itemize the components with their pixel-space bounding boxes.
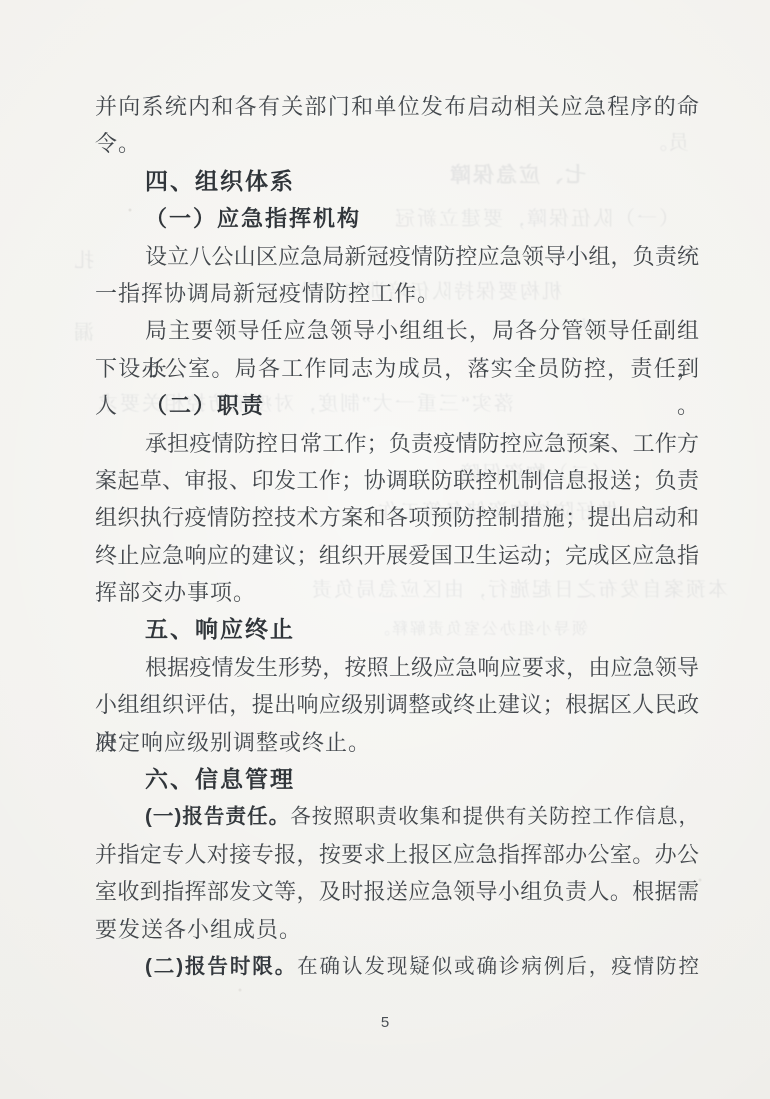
- bleedthrough-text: 扎: [72, 248, 94, 274]
- paragraph-line: (二)报告时限。在确认发现疑似或确诊病例后，疫情防控: [95, 948, 699, 985]
- paragraph-line: 并指定专人对接专报，按要求上报区应急指挥部办公室。办公: [95, 836, 699, 873]
- paragraph-line: 根据疫情发生形势，按照上级应急响应要求，由应急领导: [95, 649, 699, 686]
- paragraph-line: 要发送各小组成员。: [95, 911, 699, 948]
- paragraph-lead-rest: 在确认发现疑似或确诊病例后，疫情防控: [297, 956, 699, 978]
- paragraph-line: 承担疫情防控日常工作；负责疫情防控应急预案、工作方: [95, 425, 699, 462]
- section-heading: 四、组织体系: [95, 163, 699, 200]
- bleedthrough-text: 漏: [72, 320, 94, 346]
- subsection-heading: （一）应急指挥机构: [95, 200, 699, 237]
- paragraph-line: 决定响应级别调整或终止。: [95, 724, 699, 761]
- paragraph-line: 并向系统内和各有关部门和单位发布启动相关应急程序的命: [95, 88, 699, 125]
- section-heading: 六、信息管理: [95, 761, 699, 798]
- paragraph-line: 室收到指挥部发文等，及时报送应急领导小组负责人。根据需: [95, 873, 699, 910]
- paragraph-line: 终止应急响应的建议；组织开展爱国卫生运动；完成区应急指: [95, 537, 699, 574]
- paragraph-line: 设立八公山区应急局新冠疫情防控应急领导小组，负责统: [95, 238, 699, 275]
- paragraph-line: 下设办公室。局各工作同志为成员，落实全员防控，责任到人。: [95, 350, 699, 387]
- paragraph-line: 局主要领导任应急领导小组组长，局各分管领导任副组长，: [95, 312, 699, 349]
- paragraph-line: 挥部交办事项。: [95, 574, 699, 611]
- paragraph-line: 令。: [95, 125, 699, 162]
- section-heading: 五、响应终止: [95, 611, 699, 648]
- paragraph-line: 小组组织评估，提出响应级别调整或终止建议；根据区人民政府: [95, 686, 699, 723]
- paragraph-line: (一)报告责任。各按照职责收集和提供有关防控工作信息，: [95, 798, 699, 835]
- paragraph-line: 一指挥协调局新冠疫情防控工作。: [95, 275, 699, 312]
- scanned-document-page: 员。 七、应急保障 （一）队伍保障，要建立新冠 扎 机构要保持队伍培训的指导 漏…: [0, 0, 770, 1099]
- document-body: 并向系统内和各有关部门和单位发布启动相关应急程序的命 令。 四、组织体系 （一）…: [95, 88, 699, 985]
- page-number: 5: [0, 1014, 770, 1031]
- paragraph-line: 组织执行疫情防控技术方案和各项预防控制措施；提出启动和: [95, 499, 699, 536]
- paragraph-lead-label: (二)报告时限。: [145, 955, 297, 978]
- paragraph-lead-label: (一)报告责任。: [145, 805, 290, 828]
- paragraph-line: 案起草、审报、印发工作；协调联防联控机制信息报送；负责: [95, 462, 699, 499]
- paragraph-lead-rest: 各按照职责收集和提供有关防控工作信息，: [290, 806, 699, 828]
